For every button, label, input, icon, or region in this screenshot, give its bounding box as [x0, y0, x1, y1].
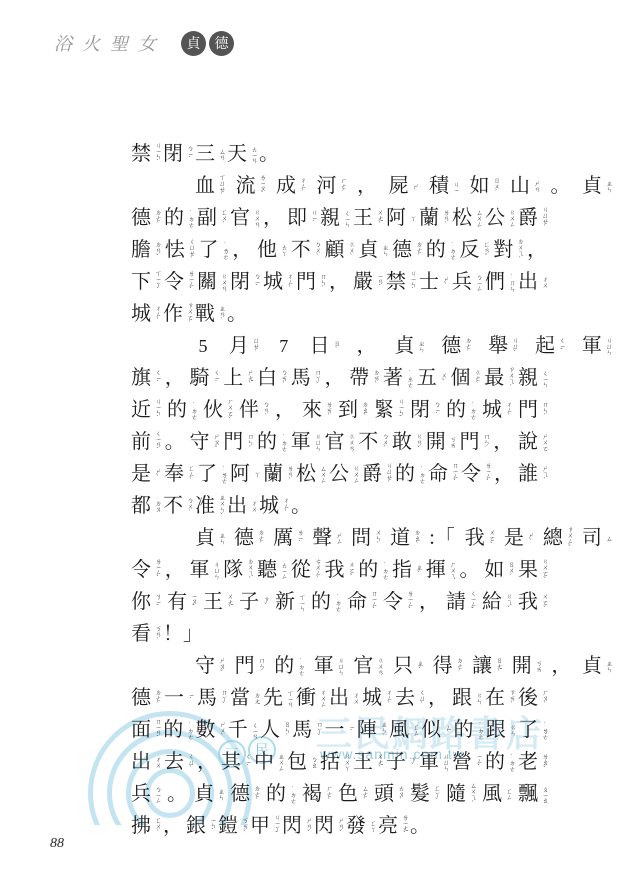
char-unit: 德ㄉㄜˊ	[441, 336, 470, 356]
zhuyin-annotation: ˙ㄉㄜ	[185, 209, 193, 228]
zhuyin-annotation: ㄔㄨ	[248, 500, 256, 512]
char-unit: 白ㄅㄞˊ	[257, 368, 286, 388]
han-char: 隨	[446, 784, 466, 804]
char-unit: 三ㄙㄢ	[195, 144, 224, 164]
char-unit: 我ㄨㄛˇ	[465, 528, 494, 548]
zhuyin-annotation: ㄌㄠˇ	[539, 753, 547, 772]
zhuyin-annotation: ㄍㄢˇ	[413, 433, 421, 452]
punctuation: ，	[232, 240, 252, 260]
char-unit: 城ㄔㄥˊ	[482, 400, 511, 420]
zhuyin-annotation: ㄓㄣˋ	[378, 721, 386, 740]
char-unit: 鎧ㄎㄞˇ	[218, 816, 247, 836]
zhuyin-annotation: ㄨˇ	[438, 372, 446, 385]
char-unit: 即ㄐㄧˊ	[287, 208, 316, 228]
han-char: 厲	[273, 528, 293, 548]
zhuyin-annotation: ㄨㄤˊ	[374, 209, 382, 228]
han-char: 去	[164, 752, 184, 772]
han-char: 貞	[358, 240, 378, 260]
char-unit: 禁ㄐㄧㄣˋ	[386, 270, 415, 293]
char-unit: 出ㄔㄨ	[518, 272, 547, 292]
char-unit: 營ㄧㄥˊ	[452, 752, 481, 772]
han-char: 門	[460, 432, 480, 452]
zhuyin-annotation: ㄍㄣ	[473, 692, 481, 704]
zhuyin-annotation: ˙ㄉㄜ	[184, 721, 192, 740]
char-unit: 拂ㄈㄨˊ	[131, 816, 160, 836]
zhuyin-annotation: ㄅㄞˊ	[278, 369, 286, 388]
han-char: 看	[131, 624, 151, 644]
zhuyin-annotation: ㄗㄨㄛˋ	[184, 302, 192, 327]
zhuyin-annotation: ㄙㄨㄥ	[317, 465, 325, 483]
zhuyin-annotation: ㄨㄛˇ	[539, 593, 547, 612]
han-char: 貞	[394, 336, 414, 356]
han-char: 到	[338, 400, 358, 420]
zhuyin-annotation: ㄈㄥ	[503, 788, 511, 800]
zhuyin-annotation: ㄓˇ	[414, 660, 422, 673]
char-unit: 貞ㄓㄣ	[582, 176, 611, 196]
char-unit: 風ㄈㄥ	[482, 784, 511, 804]
char-unit: 積ㄐㄧ	[429, 176, 458, 196]
zhuyin-annotation: ˙ㄉㄜ	[278, 433, 286, 452]
text-line: 是ㄕˋ奉ㄈㄥˋ了˙ㄌㄜ阿ㄚ蘭ㄌㄢˊ松ㄙㄨㄥ公ㄍㄨㄥ爵ㄐㄩㄝˊ的˙ㄉㄜ命ㄇㄧㄥˋ令…	[131, 458, 547, 490]
punctuation: ，	[197, 752, 217, 772]
char-unit: 的˙ㄉㄜ	[311, 592, 340, 612]
char-unit: 似ㄙˋ	[421, 720, 450, 740]
char-unit: 准ㄓㄨㄣˇ	[195, 494, 224, 519]
zhuyin-annotation: ㄧㄣˊ	[207, 817, 215, 834]
zhuyin-annotation: ㄗㄨㄥˇ	[564, 526, 572, 551]
han-char: 先	[263, 688, 283, 708]
han-char: 營	[452, 752, 472, 772]
han-char: 隊	[223, 560, 243, 580]
char-unit: 在ㄗㄞˋ	[485, 688, 514, 708]
han-char: 反	[460, 240, 480, 260]
char-unit: 子ㄗˇ	[386, 752, 415, 772]
zhuyin-annotation: ㄉㄠˋ	[411, 529, 419, 548]
zhuyin-annotation: ㄧㄡˇ	[188, 593, 196, 610]
han-char: 了	[197, 464, 217, 484]
han-char: 城	[263, 272, 283, 292]
zhuyin-annotation: ㄙ	[603, 535, 611, 541]
zhuyin-annotation: ㄍㄨㄢ	[218, 273, 226, 291]
punctuation: 。	[410, 816, 430, 836]
char-unit: 銀ㄧㄣˊ	[186, 816, 215, 836]
char-unit: 開ㄎㄞ	[426, 432, 455, 452]
char-unit: 上ㄕㄤˋ	[223, 368, 252, 388]
zhuyin-annotation: ㄖㄨˊ	[505, 561, 513, 580]
zhuyin-annotation: ㄑㄧㄣ	[539, 370, 547, 387]
series-title: 浴火聖女	[54, 30, 166, 56]
han-char: 陣	[357, 720, 377, 740]
han-char: 司	[582, 528, 602, 548]
zhuyin-annotation: ㄌㄧˋ	[294, 529, 302, 546]
title-badges: 貞 德	[178, 31, 234, 56]
han-char: 老	[518, 752, 538, 772]
zhuyin-annotation: ㄐㄩㄣ	[603, 337, 611, 355]
char-unit: 先ㄒㄧㄢ	[263, 688, 292, 708]
char-unit: 了˙ㄌㄜ	[197, 464, 226, 484]
char-unit: 說ㄕㄨㄛ	[518, 432, 547, 452]
char-unit: 不ㄅㄨˋ	[358, 432, 387, 452]
han-char: 月	[229, 336, 249, 356]
punctuation: 。	[551, 176, 571, 196]
char-unit: 讓ㄖㄤˋ	[472, 656, 501, 676]
zhuyin-annotation: ㄑㄧㄥˇ	[467, 590, 475, 613]
han-char: 軍	[190, 560, 210, 580]
han-char: 爵	[362, 464, 382, 484]
zhuyin-annotation: ㄐㄧㄣˋ	[152, 142, 160, 165]
han-char: 如	[484, 560, 504, 580]
zhuyin-annotation: ㄔㄨㄥ	[317, 689, 325, 707]
zhuyin-annotation: ㄕㄨˋ	[217, 721, 225, 740]
char-unit: 親ㄑㄧㄣ	[320, 208, 349, 228]
char-unit: 松ㄙㄨㄥ	[296, 464, 325, 484]
zhuyin-annotation: ˙ㄉㄜ	[447, 241, 455, 260]
text-line: 前ㄑㄧㄢˊ。守ㄕㄡˇ門ㄇㄣˊ的˙ㄉㄜ軍ㄐㄩㄣ官ㄍㄨㄢ不ㄅㄨˋ敢ㄍㄢˇ開ㄎㄞ門ㄇㄣ…	[131, 426, 547, 458]
zhuyin-annotation: ㄌㄧㄡˊ	[257, 174, 265, 197]
han-char: 副	[197, 208, 217, 228]
char-unit: 對ㄉㄨㄟˋ	[493, 238, 522, 263]
text-line: 兵ㄅㄧㄥ。貞ㄓㄣ德ㄉㄜˊ的˙ㄉㄜ褐ㄏㄜˊ色ㄙㄜˋ頭ㄊㄡˊ髮ㄈㄚˇ隨ㄙㄨㄟˊ風ㄈㄥ…	[131, 778, 547, 810]
zhuyin-annotation: ˙ㄉㄜ	[332, 593, 340, 612]
han-char: 了	[518, 720, 538, 740]
han-char: 門	[296, 272, 316, 292]
han-char: 如	[470, 176, 490, 196]
char-unit: 守ㄕㄡˇ	[190, 432, 219, 452]
zhuyin-annotation: ㄐㄧㄚˇ	[271, 814, 279, 837]
char-unit: 爵ㄐㄩㄝˊ	[362, 462, 391, 487]
han-char: 得	[433, 656, 453, 676]
char-unit: 蘭ㄌㄢˊ	[419, 208, 448, 228]
zhuyin-annotation: ㄐㄩㄣ	[440, 753, 448, 771]
char-unit: 旗ㄑㄧˊ	[131, 368, 160, 388]
zhuyin-annotation: ㄑㄧˊ	[242, 753, 250, 770]
zhuyin-annotation: ㄕˋ	[525, 532, 533, 545]
zhuyin-annotation: ㄨㄛˇ	[346, 561, 354, 580]
char-unit: 的˙ㄉㄜ	[454, 720, 483, 740]
han-char: 士	[419, 272, 439, 292]
zhuyin-annotation: ㄙㄨㄥ	[473, 209, 481, 227]
page-header: 浴火聖女 貞 德	[54, 30, 234, 56]
char-unit: 去ㄑㄩˋ	[164, 752, 193, 772]
han-char: 亮	[378, 816, 398, 836]
char-unit: 起ㄑㄧˇ	[535, 336, 564, 356]
zhuyin-annotation: ㄎㄞˇ	[239, 817, 247, 836]
zhuyin-annotation: ㄕㄢˇ	[335, 817, 343, 836]
char-unit: 馬ㄇㄚˇ	[197, 688, 226, 708]
zhuyin-annotation: ㄏㄜˊ	[338, 177, 346, 196]
zhuyin-annotation: ㄨㄤˊ	[224, 593, 232, 612]
han-char: 屍	[389, 176, 409, 196]
zhuyin-annotation: ㄍㄜˋ	[472, 369, 480, 388]
char-unit: 門ㄇㄣˊ	[223, 432, 252, 452]
zhuyin-annotation: ㄐㄩㄣ	[335, 657, 343, 675]
han-char: 令	[131, 560, 151, 580]
char-unit: 五ㄨˇ	[417, 368, 446, 388]
han-char: 舉	[488, 336, 508, 356]
char-unit: 我ㄨㄛˇ	[518, 592, 547, 612]
zhuyin-annotation: ㄇㄣˊ	[256, 657, 264, 676]
char-unit: 去ㄑㄩˋ	[395, 688, 424, 708]
zhuyin-annotation: ㄉㄠˋ	[359, 401, 367, 420]
han-char: 拂	[131, 816, 151, 836]
zhuyin-annotation: ㄉㄢˇ	[152, 241, 160, 260]
zhuyin-annotation: ㄕㄤˋ	[244, 369, 252, 388]
char-unit: 老ㄌㄠˇ	[518, 752, 547, 772]
char-unit: 陣ㄓㄣˋ	[357, 720, 386, 740]
han-char: 令	[383, 592, 403, 612]
char-unit: 一ㄧˋ	[164, 688, 193, 708]
zhuyin-annotation: ㄓㄣ	[603, 180, 611, 192]
han-char: 軍	[582, 336, 602, 356]
char-unit: 亮ㄌㄧㄤˋ	[378, 814, 407, 837]
zhuyin-annotation: ㄉㄜˊ	[454, 657, 462, 676]
char-unit: 貞ㄓㄣ	[394, 336, 423, 356]
zhuyin-annotation: ㄏㄡˋ	[539, 689, 547, 708]
text-line: 膽ㄉㄢˇ怯ㄑㄩㄝˋ了˙ㄌㄜ，他ㄊㄚ不ㄅㄨˋ顧ㄍㄨˋ貞ㄓㄣ德ㄉㄜˊ的˙ㄉㄜ反ㄈㄢˇ…	[131, 234, 547, 266]
han-char: 了	[199, 240, 219, 260]
text-line: 面ㄇㄧㄢˋ的˙ㄉㄜ數ㄕㄨˋ千ㄑㄧㄢ人ㄖㄣˊ馬ㄇㄚˇ一ㄧˊ陣ㄓㄣˋ風ㄈㄥ似ㄙˋ的˙…	[131, 714, 547, 746]
zhuyin-annotation: ˙ㄌㄜ	[539, 721, 547, 740]
han-char: 松	[452, 208, 472, 228]
zhuyin-annotation: ㄅㄢˋ	[260, 401, 268, 420]
text-line: 出ㄔㄨ去ㄑㄩˋ，其ㄑㄧˊ中ㄓㄨㄥ包ㄅㄠ括ㄍㄨㄚ王ㄨㄤˊ子ㄗˇ軍ㄐㄩㄣ營ㄧㄥˊ的˙…	[131, 746, 547, 778]
char-unit: 給ㄍㄟˇ	[482, 592, 511, 612]
han-char: 怯	[165, 240, 185, 260]
zhuyin-annotation: ㄐㄧ	[450, 181, 458, 192]
zhuyin-annotation: ㄙㄜˋ	[359, 785, 367, 804]
han-char: 德	[234, 528, 254, 548]
text-block: 禁ㄐㄧㄣˋ閉ㄅㄧˋ三ㄙㄢ天ㄊㄧㄢ。血ㄒㄩㄝˋ流ㄌㄧㄡˊ成ㄔㄥˊ河ㄏㄜˊ，屍ㄕ積ㄐ…	[131, 138, 611, 842]
han-char: 馬	[197, 688, 217, 708]
zhuyin-annotation: ㄖㄨˊ	[491, 177, 499, 196]
han-char: 作	[163, 304, 183, 324]
char-unit: 反ㄈㄢˇ	[460, 240, 489, 260]
zhuyin-annotation: ㄇㄣˊ	[539, 401, 547, 420]
char-unit: 得ㄉㄜˊ	[433, 656, 462, 676]
char-unit: 跟ㄍㄣ	[486, 720, 515, 740]
zhuyin-annotation: ㄅㄠ	[308, 756, 316, 768]
han-char: 伴	[239, 400, 259, 420]
text-line: 下ㄒㄧㄚˋ令ㄌㄧㄥˋ關ㄍㄨㄢ閉ㄅㄧˋ城ㄔㄥˊ門ㄇㄣˊ，嚴ㄧㄢˊ禁ㄐㄧㄣˋ士ㄕˋ兵…	[131, 266, 547, 298]
han-char: 最	[484, 368, 504, 388]
zhuyin-annotation: ㄘㄨㄥˊ	[312, 558, 320, 583]
zhuyin-annotation: ㄉㄜˊ	[462, 337, 470, 356]
zhuyin-annotation: ㄔㄥˊ	[383, 689, 391, 708]
zhuyin-annotation: ㄗˇ	[260, 596, 268, 609]
char-unit: 果ㄍㄨㄛˇ	[518, 558, 547, 583]
char-unit: 阿ㄚ	[386, 208, 415, 228]
zhuyin-annotation: ㄧㄥˊ	[473, 753, 481, 770]
punctuation: ，	[551, 656, 571, 676]
han-char: 的	[257, 432, 277, 452]
zhuyin-annotation: ㄈㄨˊ	[152, 817, 160, 836]
han-char: 騎	[190, 368, 210, 388]
text-line: 德ㄉㄜˊ的˙ㄉㄜ副ㄈㄨˋ官ㄍㄨㄢ，即ㄐㄧˊ親ㄑㄧㄣ王ㄨㄤˊ阿ㄚ蘭ㄌㄢˊ松ㄙㄨㄥ公…	[131, 202, 547, 234]
char-unit: 了˙ㄌㄜ	[518, 720, 547, 740]
han-char: 嚴	[353, 272, 373, 292]
han-char: 包	[287, 752, 307, 772]
han-char: 門	[223, 432, 243, 452]
zhuyin-annotation: ㄙㄨㄟˊ	[467, 782, 475, 807]
char-unit: 閃ㄕㄢˇ	[314, 816, 343, 836]
char-unit: 色ㄙㄜˋ	[338, 784, 367, 804]
han-char: 馬	[292, 720, 312, 740]
han-char: 成	[276, 176, 296, 196]
char-unit: 作ㄗㄨㄛˋ	[163, 302, 192, 327]
han-char: 對	[493, 240, 513, 260]
char-unit: 有ㄧㄡˇ	[167, 592, 196, 612]
char-unit: 公ㄍㄨㄥ	[485, 208, 514, 228]
zhuyin-annotation: ㄐㄧㄣˇ	[395, 398, 403, 421]
han-char: 的	[446, 400, 466, 420]
zhuyin-annotation: ㄌㄞˊ	[323, 401, 331, 420]
han-char: 白	[257, 368, 277, 388]
char-unit: 司ㄙ	[582, 528, 611, 548]
char-unit: 數ㄕㄨˋ	[196, 720, 225, 740]
zhuyin-annotation: ㄍㄨˋ	[346, 241, 354, 260]
char-unit: 命ㄇㄧㄥˋ	[347, 590, 376, 613]
han-char: 五	[417, 368, 437, 388]
char-unit: 你ㄋㄧˇ	[131, 592, 160, 612]
char-unit: 爵ㄐㄩㄝˊ	[518, 206, 547, 231]
han-char: 飄	[518, 784, 538, 804]
han-char: 的	[164, 208, 184, 228]
zhuyin-annotation: ㄉㄨㄟˋ	[244, 558, 252, 583]
han-char: 風	[482, 784, 502, 804]
char-unit: 最ㄗㄨㄟˋ	[484, 366, 513, 391]
text-line: 禁ㄐㄧㄣˋ閉ㄅㄧˋ三ㄙㄢ天ㄊㄧㄢ。	[131, 138, 547, 170]
zhuyin-annotation: ㄕˋ	[152, 468, 160, 481]
zhuyin-annotation: ㄅㄧˋ	[431, 401, 439, 418]
char-unit: 後ㄏㄡˋ	[518, 688, 547, 708]
zhuyin-annotation: ㄑㄧˊ	[152, 369, 160, 386]
han-char: 門	[235, 656, 255, 676]
han-char: 軍	[314, 656, 334, 676]
char-unit: 閃ㄕㄢˇ	[282, 816, 311, 836]
han-char: 守	[190, 432, 210, 452]
char-unit: 不ㄅㄨˋ	[163, 496, 192, 516]
zhuyin-annotation: ㄔㄥˊ	[297, 177, 305, 196]
han-char: 三	[195, 144, 215, 164]
han-char: 德	[230, 784, 250, 804]
punctuation: 。	[167, 784, 187, 804]
han-char: 一	[325, 720, 345, 740]
char-unit: 伴ㄅㄢˋ	[239, 400, 268, 420]
char-unit: 的˙ㄉㄜ	[163, 720, 192, 740]
zhuyin-annotation: ㄑㄩˋ	[185, 753, 193, 772]
char-unit: 隨ㄙㄨㄟˊ	[446, 782, 475, 807]
zhuyin-annotation: ㄅㄧˋ	[184, 145, 192, 162]
han-char: 下	[131, 272, 151, 292]
han-char: 的	[485, 752, 505, 772]
han-char: 軍	[419, 752, 439, 772]
han-char: 德	[441, 336, 461, 356]
char-unit: 令ㄌㄧㄥˋ	[383, 590, 412, 613]
han-char: 帶	[349, 368, 369, 388]
char-unit: 甲ㄐㄧㄚˇ	[250, 814, 279, 837]
han-char: 河	[317, 176, 337, 196]
punctuation: ，	[165, 368, 185, 388]
zhuyin-annotation: ㄑㄩˋ	[416, 689, 424, 708]
han-char: 甲	[250, 816, 270, 836]
text-line: 守ㄕㄡˇ門ㄇㄣˊ的˙ㄉㄜ軍ㄐㄩㄣ官ㄍㄨㄢ只ㄓˇ得ㄉㄜˊ讓ㄖㄤˋ開ㄎㄞ，貞ㄓㄣ	[131, 650, 611, 682]
han-char: 給	[482, 592, 502, 612]
zhuyin-annotation: ㄐㄩˇ	[509, 337, 517, 356]
zhuyin-annotation: ㄍㄟˇ	[503, 593, 511, 612]
char-unit: 流ㄌㄧㄡˊ	[236, 174, 265, 197]
han-char: 人	[260, 720, 280, 740]
han-char: 我	[465, 528, 485, 548]
char-unit: 禁ㄐㄧㄣˋ	[131, 142, 160, 165]
zhuyin-annotation: ㄓㄢˋ	[216, 305, 224, 324]
char-unit: 王ㄨㄤˊ	[203, 592, 232, 612]
zhuyin-annotation: ㄕ	[410, 183, 418, 189]
han-char: 只	[393, 656, 413, 676]
zhuyin-annotation: ㄚ	[407, 215, 415, 221]
han-char: 德	[131, 208, 151, 228]
text-line: 令ㄌㄧㄥˋ，軍ㄐㄩㄣ隊ㄉㄨㄟˋ聽ㄊㄧㄥ從ㄘㄨㄥˊ我ㄨㄛˇ的˙ㄉㄜ指ㄓˇ揮ㄏㄨㄟ。…	[131, 554, 547, 586]
char-unit: 的˙ㄉㄜ	[358, 560, 387, 580]
zhuyin-annotation: ˙ㄉㄜ	[506, 753, 514, 772]
zhuyin-annotation: ㄆㄧㄠ	[539, 786, 547, 803]
char-unit: 王ㄨㄤˊ	[353, 752, 382, 772]
han-char: 貞	[195, 528, 215, 548]
char-unit: 軍ㄐㄩㄣ	[419, 752, 448, 772]
punctuation: ，	[163, 816, 183, 836]
char-unit: 聲ㄕㄥ	[312, 528, 341, 548]
zhuyin-annotation: ㄊㄧㄢ	[248, 146, 256, 163]
zhuyin-annotation: ㄧˊ	[346, 724, 354, 735]
zhuyin-annotation: ㄕㄨㄛ	[539, 433, 547, 451]
char-unit: 城ㄔㄥˊ	[362, 688, 391, 708]
han-char: 似	[421, 720, 441, 740]
han-char: 公	[485, 208, 505, 228]
han-char: 令	[164, 272, 184, 292]
han-char: 兵	[131, 784, 151, 804]
char-unit: 到ㄉㄠˋ	[338, 400, 367, 420]
han-char: 起	[535, 336, 555, 356]
zhuyin-annotation: ㄔㄨ	[539, 276, 547, 288]
han-char: 守	[195, 656, 215, 676]
title-badge-circle: 貞	[181, 31, 206, 56]
han-char: 開	[512, 656, 532, 676]
zhuyin-annotation: ㄐㄧㄣˋ	[407, 270, 415, 293]
char-unit: 日ㄖˋ	[310, 336, 339, 356]
char-unit: 副ㄈㄨˋ	[197, 208, 226, 228]
zhuyin-annotation: ㄉㄜˊ	[152, 689, 160, 708]
zhuyin-annotation: ㄖˋ	[331, 340, 339, 353]
han-char: 說	[518, 432, 538, 452]
char-unit: 奉ㄈㄥˋ	[164, 464, 193, 484]
zhuyin-annotation: ㄗㄞˋ	[506, 689, 514, 708]
char-unit: 道ㄉㄠˋ	[390, 528, 419, 548]
zhuyin-annotation: ㄌㄧㄥˋ	[185, 270, 193, 293]
zhuyin-annotation: ㄑㄩㄝˋ	[186, 238, 194, 263]
char-unit: 風ㄈㄥ	[389, 720, 418, 740]
han-char: 出	[518, 272, 538, 292]
han-char: 的	[266, 784, 286, 804]
han-char: 的	[311, 592, 331, 612]
zhuyin-annotation: ㄍㄨㄥ	[350, 465, 358, 483]
char-unit: 衝ㄔㄨㄥ	[296, 688, 325, 708]
punctuation: ，	[494, 464, 514, 484]
han-char: 閉	[230, 272, 250, 292]
char-unit: 城ㄔㄥˊ	[131, 304, 160, 324]
zhuyin-annotation: ㄔㄥˊ	[284, 273, 292, 292]
char-unit: 舉ㄐㄩˇ	[488, 336, 517, 356]
char-unit: 隊ㄉㄨㄟˋ	[223, 558, 252, 583]
han-char: 蘭	[419, 208, 439, 228]
